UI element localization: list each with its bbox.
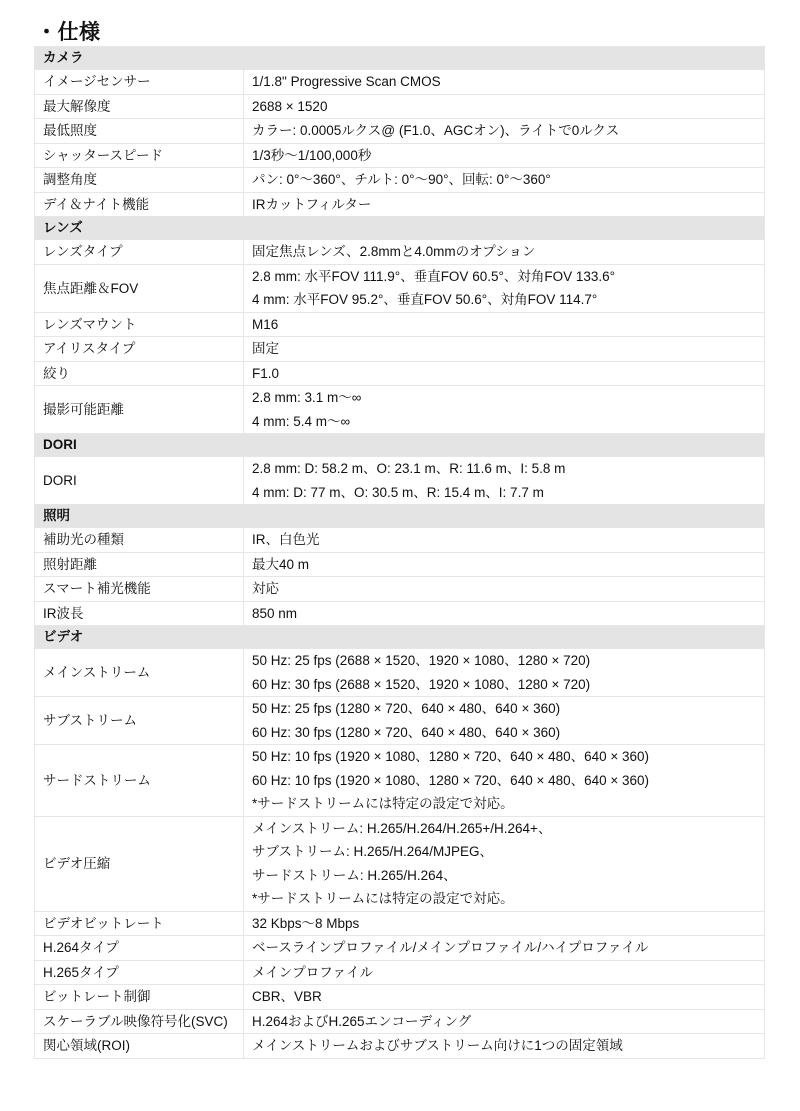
spec-value-line: 4 mm: 水平FOV 95.2°、垂直FOV 50.6°、対角FOV 114.… [252,288,756,312]
spec-row: 照射距離最大40 m [35,552,765,577]
spec-value-line: メインストリームおよびサブストリーム向けに1つの固定領域 [252,1034,756,1058]
spec-row: サードストリーム50 Hz: 10 fps (1920 × 1080、1280 … [35,745,765,817]
spec-value: IR、白色光 [244,528,765,553]
spec-value: メインストリームおよびサブストリーム向けに1つの固定領域 [244,1034,765,1059]
spec-label: ビットレート制御 [35,985,244,1010]
spec-value: メインストリーム: H.265/H.264/H.265+/H.264+、サブスト… [244,816,765,911]
spec-row: 調整角度パン: 0°〜360°、チルト: 0°〜90°、回転: 0°〜360° [35,168,765,193]
spec-value-line: 2688 × 1520 [252,95,756,119]
spec-row: イメージセンサー1/1.8" Progressive Scan CMOS [35,70,765,95]
spec-label: 最大解像度 [35,94,244,119]
section-title: 照明 [35,505,765,528]
section-header: DORI [35,434,765,457]
spec-label: 最低照度 [35,119,244,144]
spec-row: レンズマウントM16 [35,312,765,337]
spec-value: カラー: 0.0005ルクス@ (F1.0、AGCオン)、ライトで0ルクス [244,119,765,144]
spec-row: H.264タイプベースラインプロファイル/メインプロファイル/ハイプロファイル [35,936,765,961]
spec-value: H.264およびH.265エンコーディング [244,1009,765,1034]
spec-value-line: 32 Kbps〜8 Mbps [252,912,756,936]
spec-value-line: IRカットフィルター [252,193,756,217]
spec-row: 焦点距離＆FOV2.8 mm: 水平FOV 111.9°、垂直FOV 60.5°… [35,264,765,312]
spec-row: シャッタースピード1/3秒〜1/100,000秒 [35,143,765,168]
spec-row: アイリスタイプ固定 [35,337,765,362]
spec-value: 1/1.8" Progressive Scan CMOS [244,70,765,95]
spec-value-line: メインストリーム: H.265/H.264/H.265+/H.264+、 [252,817,756,841]
spec-label: 絞り [35,361,244,386]
spec-value-line: 50 Hz: 25 fps (2688 × 1520、1920 × 1080、1… [252,649,756,673]
spec-value-line: 2.8 mm: D: 58.2 m、O: 23.1 m、R: 11.6 m、I:… [252,457,756,481]
spec-value-line: 60 Hz: 10 fps (1920 × 1080、1280 × 720、64… [252,769,756,793]
spec-value: 1/3秒〜1/100,000秒 [244,143,765,168]
spec-value-line: 2.8 mm: 水平FOV 111.9°、垂直FOV 60.5°、対角FOV 1… [252,265,756,289]
section-header: ビデオ [35,626,765,649]
spec-label: 補助光の種類 [35,528,244,553]
spec-label: メインストリーム [35,649,244,697]
spec-value: 32 Kbps〜8 Mbps [244,911,765,936]
spec-value-line: 50 Hz: 10 fps (1920 × 1080、1280 × 720、64… [252,745,756,769]
spec-value-line: 50 Hz: 25 fps (1280 × 720、640 × 480、640 … [252,697,756,721]
spec-value-line: ベースラインプロファイル/メインプロファイル/ハイプロファイル [252,936,756,960]
spec-value-line: 最大40 m [252,553,756,577]
spec-value: CBR、VBR [244,985,765,1010]
spec-label: スケーラブル映像符号化(SVC) [35,1009,244,1034]
section-title: カメラ [35,47,765,70]
spec-row: レンズタイプ固定焦点レンズ、2.8mmと4.0mmのオプション [35,240,765,265]
spec-table: カメライメージセンサー1/1.8" Progressive Scan CMOS最… [34,46,765,1059]
spec-row: H.265タイプメインプロファイル [35,960,765,985]
spec-label: シャッタースピード [35,143,244,168]
spec-label: サブストリーム [35,697,244,745]
section-header: カメラ [35,47,765,70]
spec-label: DORI [35,457,244,505]
spec-label: 関心領域(ROI) [35,1034,244,1059]
spec-value-line: 2.8 mm: 3.1 m〜∞ [252,386,756,410]
spec-row: 最大解像度2688 × 1520 [35,94,765,119]
section-title: レンズ [35,217,765,240]
page-title: ・仕様 [36,20,101,46]
spec-value-line: M16 [252,313,756,337]
section-title: DORI [35,434,765,457]
spec-value: 固定焦点レンズ、2.8mmと4.0mmのオプション [244,240,765,265]
spec-value-line: 4 mm: D: 77 m、O: 30.5 m、R: 15.4 m、I: 7.7… [252,481,756,505]
spec-label: 調整角度 [35,168,244,193]
spec-label: ビデオビットレート [35,911,244,936]
spec-value-line: 60 Hz: 30 fps (2688 × 1520、1920 × 1080、1… [252,673,756,697]
section-header: レンズ [35,217,765,240]
spec-table-body: カメライメージセンサー1/1.8" Progressive Scan CMOS最… [35,47,765,1059]
spec-row: サブストリーム50 Hz: 25 fps (1280 × 720、640 × 4… [35,697,765,745]
spec-value: 2.8 mm: 3.1 m〜∞4 mm: 5.4 m〜∞ [244,386,765,434]
spec-value-line: 4 mm: 5.4 m〜∞ [252,410,756,434]
spec-value: 50 Hz: 25 fps (2688 × 1520、1920 × 1080、1… [244,649,765,697]
spec-value-line: 1/1.8" Progressive Scan CMOS [252,70,756,94]
spec-label: ビデオ圧縮 [35,816,244,911]
spec-value-line: 1/3秒〜1/100,000秒 [252,144,756,168]
spec-value: 最大40 m [244,552,765,577]
spec-value: 850 nm [244,601,765,626]
spec-value: ベースラインプロファイル/メインプロファイル/ハイプロファイル [244,936,765,961]
spec-label: スマート補光機能 [35,577,244,602]
spec-row: ビットレート制御CBR、VBR [35,985,765,1010]
spec-value: M16 [244,312,765,337]
spec-value-line: サブストリーム: H.265/H.264/MJPEG、 [252,840,756,864]
spec-value-line: 固定焦点レンズ、2.8mmと4.0mmのオプション [252,240,756,264]
spec-value: メインプロファイル [244,960,765,985]
spec-value: 対応 [244,577,765,602]
spec-label: イメージセンサー [35,70,244,95]
spec-value: パン: 0°〜360°、チルト: 0°〜90°、回転: 0°〜360° [244,168,765,193]
spec-label: 焦点距離＆FOV [35,264,244,312]
spec-value: 2.8 mm: 水平FOV 111.9°、垂直FOV 60.5°、対角FOV 1… [244,264,765,312]
spec-row: スマート補光機能対応 [35,577,765,602]
spec-label: 照射距離 [35,552,244,577]
spec-value: 2.8 mm: D: 58.2 m、O: 23.1 m、R: 11.6 m、I:… [244,457,765,505]
spec-row: メインストリーム50 Hz: 25 fps (2688 × 1520、1920 … [35,649,765,697]
spec-value-line: F1.0 [252,362,756,386]
spec-value-line: カラー: 0.0005ルクス@ (F1.0、AGCオン)、ライトで0ルクス [252,119,756,143]
spec-value-line: パン: 0°〜360°、チルト: 0°〜90°、回転: 0°〜360° [252,168,756,192]
spec-label: レンズタイプ [35,240,244,265]
spec-row: デイ＆ナイト機能IRカットフィルター [35,192,765,217]
section-title: ビデオ [35,626,765,649]
spec-label: 撮影可能距離 [35,386,244,434]
spec-value-line: CBR、VBR [252,985,756,1009]
spec-value-line: 60 Hz: 30 fps (1280 × 720、640 × 480、640 … [252,721,756,745]
spec-row: 絞りF1.0 [35,361,765,386]
spec-row: 撮影可能距離2.8 mm: 3.1 m〜∞4 mm: 5.4 m〜∞ [35,386,765,434]
spec-label: デイ＆ナイト機能 [35,192,244,217]
spec-row: ビデオ圧縮メインストリーム: H.265/H.264/H.265+/H.264+… [35,816,765,911]
spec-row: 関心領域(ROI)メインストリームおよびサブストリーム向けに1つの固定領域 [35,1034,765,1059]
spec-value-line: *サードストリームには特定の設定で対応。 [252,792,756,816]
spec-label: IR波長 [35,601,244,626]
spec-value: 固定 [244,337,765,362]
spec-value-line: IR、白色光 [252,528,756,552]
spec-value-line: 固定 [252,337,756,361]
spec-row: ビデオビットレート32 Kbps〜8 Mbps [35,911,765,936]
spec-row: DORI2.8 mm: D: 58.2 m、O: 23.1 m、R: 11.6 … [35,457,765,505]
spec-value-line: *サードストリームには特定の設定で対応。 [252,887,756,911]
section-header: 照明 [35,505,765,528]
spec-value: 2688 × 1520 [244,94,765,119]
spec-value-line: 850 nm [252,602,756,626]
spec-value: F1.0 [244,361,765,386]
spec-label: アイリスタイプ [35,337,244,362]
spec-value: IRカットフィルター [244,192,765,217]
spec-label: H.264タイプ [35,936,244,961]
spec-value-line: 対応 [252,577,756,601]
spec-label: レンズマウント [35,312,244,337]
spec-label: H.265タイプ [35,960,244,985]
spec-value-line: H.264およびH.265エンコーディング [252,1010,756,1034]
spec-value: 50 Hz: 10 fps (1920 × 1080、1280 × 720、64… [244,745,765,817]
spec-label: サードストリーム [35,745,244,817]
spec-row: スケーラブル映像符号化(SVC)H.264およびH.265エンコーディング [35,1009,765,1034]
spec-row: 最低照度カラー: 0.0005ルクス@ (F1.0、AGCオン)、ライトで0ルク… [35,119,765,144]
spec-value: 50 Hz: 25 fps (1280 × 720、640 × 480、640 … [244,697,765,745]
spec-row: 補助光の種類IR、白色光 [35,528,765,553]
spec-value-line: メインプロファイル [252,961,756,985]
spec-row: IR波長850 nm [35,601,765,626]
spec-value-line: サードストリーム: H.265/H.264、 [252,864,756,888]
